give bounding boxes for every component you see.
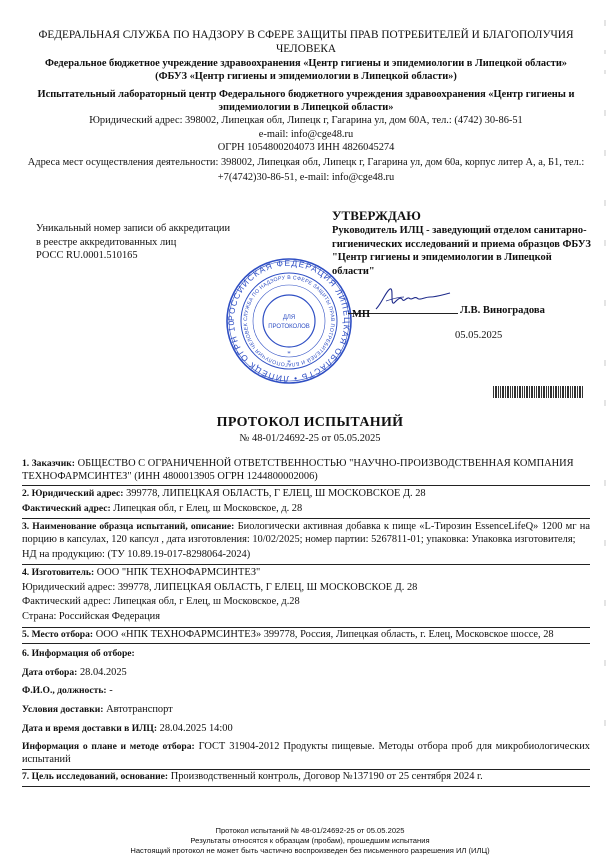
manufacturer-value: ООО "НПК ТЕХНОФАРМСИНТЕЗ": [97, 567, 261, 578]
sample-nd: НД на продукцию: (ТУ 10.89.19-017-829806…: [22, 548, 590, 563]
section-sample: 3. Наименование образца испытаний, описа…: [22, 519, 590, 565]
section-manufacturer: 4. Изготовитель: ООО "НПК ТЕХНОФАРМСИНТЕ…: [22, 565, 590, 627]
customer-value: ОБЩЕСТВО С ОГРАНИЧЕННОЙ ОТВЕТСТВЕННОСТЬЮ…: [22, 458, 574, 482]
actual-address-label: Фактический адрес:: [22, 503, 111, 514]
accreditation-line2: в реестре аккредитованных лиц: [36, 236, 256, 250]
actual-address-value: Липецкая обл, г Елец, ш Московское, д. 2…: [113, 503, 302, 514]
barcode-icon: [493, 386, 583, 398]
handwritten-signature: [372, 283, 452, 313]
delivery-conditions-label: Условия доставки:: [22, 704, 103, 715]
sampling-date-value: 28.04.2025: [80, 667, 127, 678]
sampler-fio-label: Ф.И.О., должность:: [22, 685, 107, 696]
footer-reproduction-note: Настоящий протокол не может быть частичн…: [100, 846, 520, 856]
sampling-info-label: 6. Информация об отборе:: [22, 648, 135, 659]
barcode: [493, 385, 583, 397]
sampler-fio-value: -: [109, 685, 112, 696]
official-stamp: РОССИЙСКАЯ ФЕДЕРАЦИЯ ЛИПЕЦКАЯ ОБЛАСТЬ • …: [224, 256, 354, 386]
protocol-number: № 48-01/24692-25 от 05.05.2025: [150, 432, 470, 445]
sampling-place-value: ООО «НПК ТЕХНОФАРМСИНТЕЗ» 399778, Россия…: [96, 629, 554, 640]
legal-address-value: 399778, ЛИПЕЦКАЯ ОБЛАСТЬ, Г ЕЛЕЦ, Ш МОСК…: [126, 488, 426, 499]
purpose-value: Производственный контроль, Договор №1371…: [171, 771, 483, 782]
footer-results-note: Результаты относятся к образцам (пробам)…: [100, 836, 520, 846]
svg-text:ПРОТОКОЛОВ: ПРОТОКОЛОВ: [268, 324, 310, 330]
agency-header: ФЕДЕРАЛЬНАЯ СЛУЖБА ПО НАДЗОРУ В СФЕРЕ ЗА…: [20, 28, 592, 56]
manufacturer-country: Страна: Российская Федерация: [22, 610, 590, 625]
institution-short-name: (ФБУЗ «Центр гигиены и эпидемиологии в Л…: [10, 70, 602, 83]
legal-address: Юридический адрес: 398002, Липецкая обл,…: [20, 114, 592, 128]
section-customer: 1. Заказчик: ОБЩЕСТВО С ОГРАНИЧЕННОЙ ОТВ…: [22, 457, 590, 486]
stamp-place-label: МП: [352, 309, 370, 320]
purpose-label: 7. Цель исследований, основание:: [22, 771, 168, 782]
scan-edge-marks: [602, 0, 608, 864]
approval-block: УТВЕРЖДАЮ Руководитель ИЛЦ - заведующий …: [332, 208, 592, 278]
approver-position: Руководитель ИЛЦ - заведующий отделом са…: [332, 224, 592, 278]
legal-address-label: 2. Юридический адрес:: [22, 488, 123, 499]
delivery-datetime-value: 28.04.2025 14:00: [160, 723, 233, 734]
lab-contacts: Юридический адрес: 398002, Липецкая обл,…: [20, 114, 592, 155]
svg-text:*: *: [287, 350, 291, 358]
section-legal-address: 2. Юридический адрес: 399778, ЛИПЕЦКАЯ О…: [22, 486, 590, 519]
approval-title: УТВЕРЖДАЮ: [332, 208, 592, 224]
stamp-seal-icon: РОССИЙСКАЯ ФЕДЕРАЦИЯ ЛИПЕЦКАЯ ОБЛАСТЬ • …: [224, 256, 354, 386]
signature-icon: [372, 283, 452, 313]
sampling-date-label: Дата отбора:: [22, 667, 77, 678]
lab-center-name: Испытательный лабораторный центр Федерал…: [20, 88, 592, 114]
approval-date: 05.05.2025: [455, 330, 502, 341]
footer-protocol-ref: Протокол испытаний № 48-01/24692-25 от 0…: [100, 826, 520, 836]
email: e-mail: info@cge48.ru: [20, 128, 592, 142]
manufacturer-actual-address: Фактический адрес: Липецкая обл, г Елец,…: [22, 595, 590, 610]
customer-label: 1. Заказчик:: [22, 458, 75, 469]
svg-text:*: *: [287, 359, 291, 367]
manufacturer-label: 4. Изготовитель:: [22, 567, 94, 578]
accreditation-number: РОСС RU.0001.510165: [36, 249, 256, 263]
sampling-place-label: 5. Место отбора:: [22, 629, 93, 640]
delivery-datetime-label: Дата и время доставки в ИЛЦ:: [22, 723, 157, 734]
section-purpose: 7. Цель исследований, основание: Произво…: [22, 770, 590, 787]
protocol-sections: 1. Заказчик: ОБЩЕСТВО С ОГРАНИЧЕННОЙ ОТВ…: [22, 457, 590, 787]
sampling-plan-label: Информация о плане и методе отбора:: [22, 741, 195, 752]
svg-text:ДЛЯ: ДЛЯ: [283, 315, 295, 321]
accreditation-block: Уникальный номер записи об аккредитации …: [36, 222, 256, 263]
institution-name: Федеральное бюджетное учреждение здравоо…: [10, 57, 602, 70]
section-sampling-info: 6. Информация об отборе: Дата отбора: 28…: [22, 644, 590, 770]
ogrn-inn: ОГРН 1054800204073 ИНН 4826045274: [20, 141, 592, 155]
section-sampling-place: 5. Место отбора: ООО «НПК ТЕХНОФАРМСИНТЕ…: [22, 628, 590, 645]
scan-artifact-icon: [602, 0, 608, 864]
accreditation-line1: Уникальный номер записи об аккредитации: [36, 222, 256, 236]
activity-addresses: Адреса мест осуществления деятельности: …: [14, 155, 598, 185]
delivery-conditions-value: Автотранспорт: [106, 704, 173, 715]
manufacturer-legal-address: Юридический адрес: 399778, ЛИПЕЦКАЯ ОБЛА…: [22, 581, 590, 596]
protocol-title: ПРОТОКОЛ ИСПЫТАНИЙ: [150, 414, 470, 431]
institution-header: Федеральное бюджетное учреждение здравоо…: [10, 57, 602, 83]
signer-name: Л.В. Виноградова: [460, 305, 545, 316]
sample-label: 3. Наименование образца испытаний, описа…: [22, 521, 234, 532]
page-footer: Протокол испытаний № 48-01/24692-25 от 0…: [100, 826, 520, 855]
